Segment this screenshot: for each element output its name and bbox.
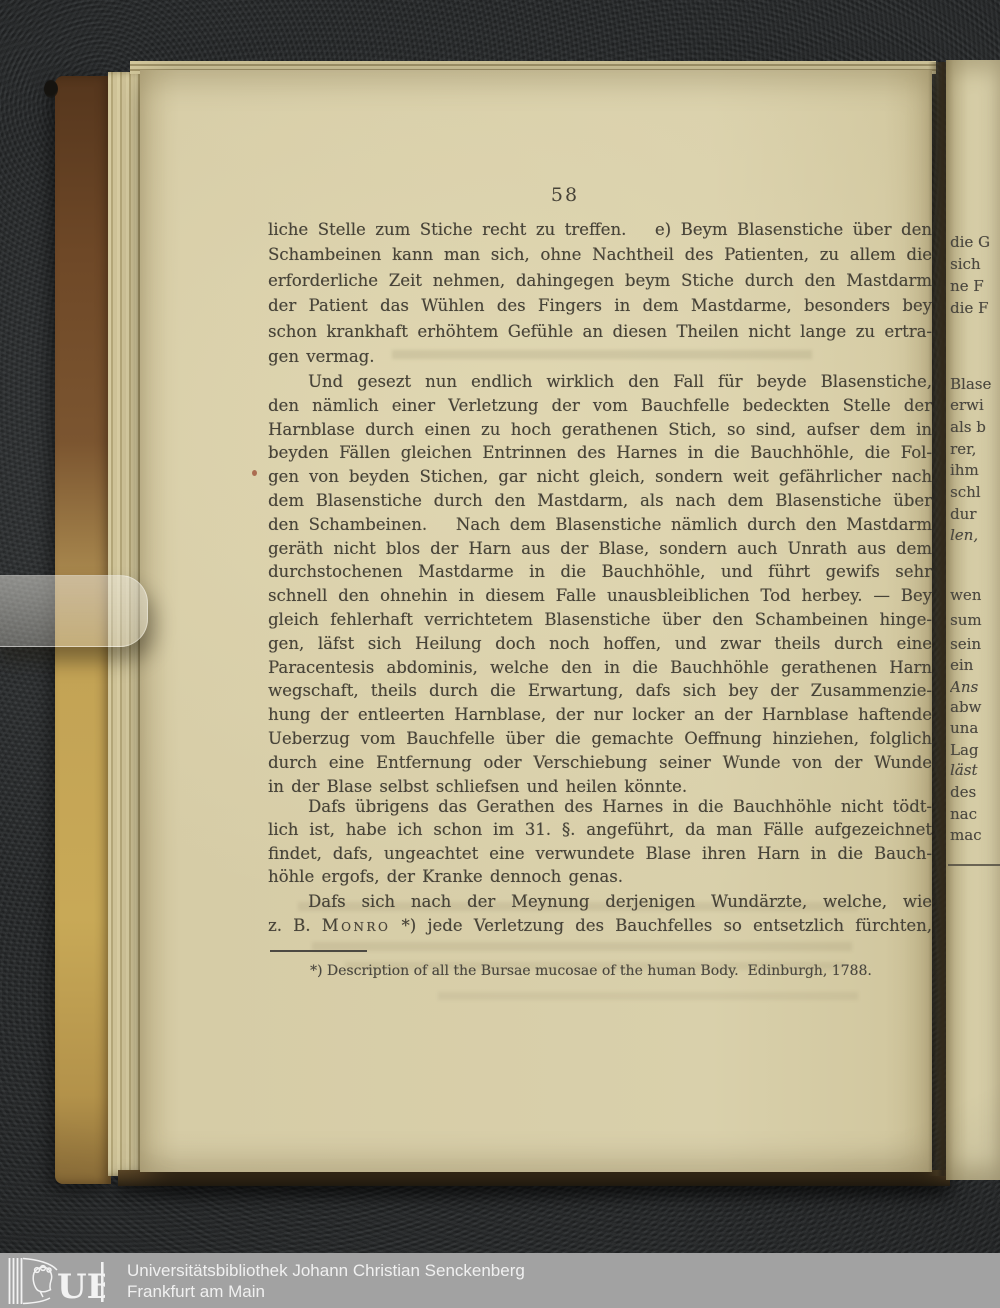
text-line: liche Stelle zum Stiche recht zu treffen… — [268, 217, 932, 242]
logo-acronym: UB — [57, 1267, 105, 1305]
text-line: Paracentesis abdominis, welche den in di… — [268, 656, 932, 680]
adjacent-text-fragment: ein — [950, 656, 973, 674]
footnote-rule — [270, 950, 367, 952]
adjacent-text-fragment: die F — [950, 299, 988, 317]
text-line: erforderliche Zeit nehmen, dahingegen be… — [268, 268, 932, 293]
text-line: findet, dafs, ungeachtet eine verwundete… — [268, 842, 932, 865]
adjacent-text-fragment: sein — [950, 635, 981, 653]
spine-hole — [44, 80, 58, 98]
text-line: der Patient das Wühlen des Fingers in de… — [268, 293, 932, 318]
text-line: den Schambeinen. Nach dem Blasenstiche n… — [268, 513, 932, 537]
adjacent-text-fragment: ihm — [950, 461, 979, 479]
adjacent-text-fragment: Lag — [950, 741, 979, 759]
text-line: gen von beyden Stichen, gar nicht gleich… — [268, 465, 932, 489]
text-line: lich ist, habe ich schon im 31. §. angef… — [268, 818, 932, 841]
adjacent-text-fragment: ne F — [950, 277, 984, 295]
paragraph: Dafs sich nach der Meynung derjenigen Wu… — [268, 890, 932, 938]
adjacent-text-fragment: abw — [950, 698, 981, 716]
text-line: durch eine Entfernung oder Verschiebung … — [268, 751, 932, 775]
adjacent-text-fragment: Blase — [950, 375, 991, 393]
text-line: hung der entleerten Harnblase, der nur l… — [268, 703, 932, 727]
paragraph: liche Stelle zum Stiche recht zu treffen… — [268, 217, 932, 369]
text-line: den nämlich einer Verletzung der vom Bau… — [268, 394, 932, 418]
text-line: schnell den ohnehin in diesem Falle unau… — [268, 584, 932, 608]
text-line: beyden Fällen gleichen Entrinnen des Har… — [268, 441, 932, 465]
ub-logo-icon: UB — [7, 1257, 105, 1305]
library-banner: UB Universitätsbibliothek Johann Christi… — [0, 1253, 1000, 1308]
adjacent-text-fragment: Ans — [950, 678, 978, 696]
banner-title: Universitätsbibliothek Johann Christian … — [127, 1260, 525, 1281]
adjacent-text-fragment: schl — [950, 483, 981, 501]
adjacent-text-fragment: sum — [950, 611, 982, 629]
page-holder-strip — [0, 575, 148, 647]
adjacent-text-fragment: läst — [950, 761, 977, 779]
body-text: liche Stelle zum Stiche recht zu treffen… — [268, 0, 932, 1172]
adjacent-text-fragment: wen — [950, 586, 981, 604]
text-line: dem Blasenstiche durch den Mastdarm, als… — [268, 489, 932, 513]
adjacent-page: die Gsichne Fdie FBlaseerwials brer,ihms… — [950, 0, 1000, 1308]
adjacent-text-fragment: rer, — [950, 440, 976, 458]
adjacent-text-fragment: mac — [950, 826, 982, 844]
text-line: Harnblase durch einen zu hoch gerathenen… — [268, 418, 932, 442]
ink-speck — [252, 470, 257, 476]
adjacent-text-fragment: dur — [950, 505, 976, 523]
adjacent-text-fragment: erwi — [950, 396, 984, 414]
text-line: gleich fehlerhaft verrichtetem Blasensti… — [268, 608, 932, 632]
text-line: Ueberzug vom Bauchfelle über die gemacht… — [268, 727, 932, 751]
text-line: Dafs sich nach der Meynung derjenigen Wu… — [268, 890, 932, 914]
adjacent-text-fragment: una — [950, 719, 978, 737]
text-line: durchstochenen Mastdarme in die Bauchhöh… — [268, 560, 932, 584]
text-line: höhle ergofs, der Kranke dennoch genas. — [268, 865, 932, 888]
text-line: gen vermag. — [268, 344, 932, 369]
paragraph: Und gesezt nun endlich wirklich den Fall… — [268, 370, 932, 798]
text-line: Dafs übrigens das Gerathen des Harnes in… — [268, 795, 932, 818]
text-line: geräth nicht blos der Harn aus der Blase… — [268, 537, 932, 561]
text-line: wegschaft, theils durch die Erwartung, d… — [268, 679, 932, 703]
adjacent-text-fragment: des — [950, 783, 976, 801]
paragraph: Dafs übrigens das Gerathen des Harnes in… — [268, 795, 932, 889]
adjacent-text-fragment: nac — [950, 805, 977, 823]
banner-subtitle: Frankfurt am Main — [127, 1281, 525, 1302]
logo-divider — [101, 1262, 104, 1302]
book-bottom-edge — [118, 1170, 950, 1186]
text-line: Und gesezt nun endlich wirklich den Fall… — [268, 370, 932, 394]
adjacent-text-fragment: len, — [950, 526, 978, 544]
adjacent-text-fragment: als b — [950, 418, 986, 436]
adjacent-text-fragment: sich — [950, 255, 981, 273]
text-line: gen, läfst sich Heilung doch noch hoffen… — [268, 632, 932, 656]
text-line: Schambeinen kann man sich, ohne Nachthei… — [268, 242, 932, 267]
book-scan-scene: die Gsichne Fdie FBlaseerwials brer,ihms… — [0, 0, 1000, 1308]
banner-text: Universitätsbibliothek Johann Christian … — [127, 1260, 525, 1302]
footnote-text: *) Description of all the Bursae mucosae… — [310, 963, 910, 979]
text-line: schon krankhaft erhöhtem Gefühle an dies… — [268, 319, 932, 344]
text-line: z. B. Monro *) jede Verletzung des Bauch… — [268, 914, 932, 938]
adjacent-text-fragment: die G — [950, 233, 990, 251]
